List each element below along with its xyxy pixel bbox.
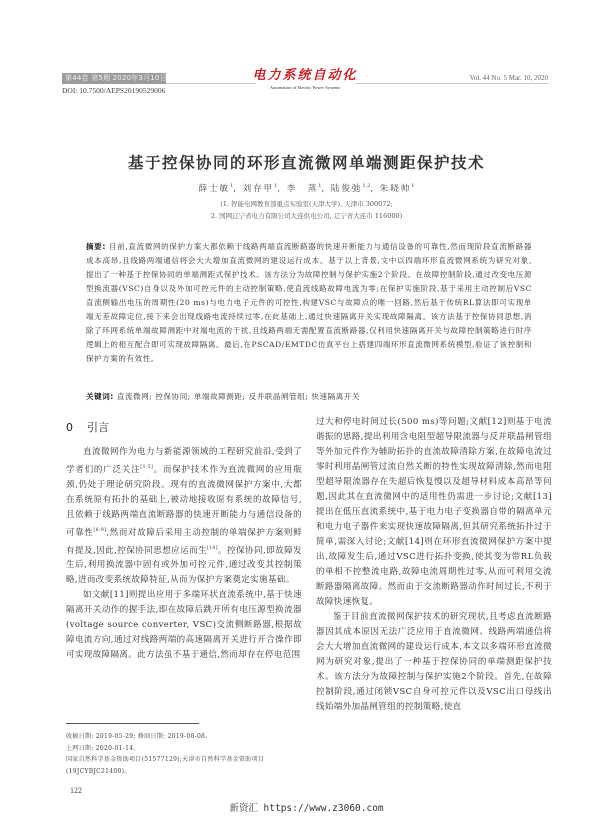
author: 李 蒸 bbox=[287, 184, 319, 194]
affiliation-1: (1. 智能电网教育部重点实验室(天津大学), 天津市 300072; bbox=[0, 199, 613, 208]
abstract-text: 目前,直流微网的保护方案大都依赖于线路两端直流断路器的快速开断能力与通信设备的可… bbox=[86, 242, 532, 363]
header-divider-right bbox=[356, 83, 548, 84]
section-number: 0 bbox=[66, 421, 73, 434]
abstract: 摘要: 目前,直流微网的保护方案大都依赖于线路两端直流断路器的快速开断能力与通信… bbox=[86, 240, 532, 366]
section-title: 引言 bbox=[87, 421, 109, 434]
keywords-text: 直流微网; 控保协同; 单端故障测距; 反并联晶闸管组; 快速隔离开关 bbox=[117, 392, 360, 401]
footnote-divider bbox=[66, 723, 199, 724]
doi[interactable]: DOI: 10.7500/AEPS20190529006 bbox=[62, 86, 165, 95]
keywords-label: 关键词: bbox=[86, 392, 114, 401]
footnote-online-date: 上网日期: 2020-01-14。 bbox=[66, 743, 302, 755]
abstract-label: 摘要: bbox=[86, 242, 106, 251]
paragraph: 直流微网作为电力与新能源领域的工程研究前沿,受到了学者们的广泛关注[1-5]。而… bbox=[66, 445, 302, 588]
issue-badge: 第44卷 第5期 2020年3月10日 bbox=[62, 73, 166, 84]
author: 刘存甲 bbox=[243, 184, 275, 194]
volume-info: Vol. 44 No. 5 Mar. 10, 2020 bbox=[380, 74, 548, 82]
left-column: 直流微网作为电力与新能源领域的工程研究前沿,受到了学者们的广泛关注[1-5]。而… bbox=[66, 445, 302, 663]
author-list: 薛士敏1, 刘存甲1, 李 蒸1, 陆俊弛1,2, 朱晓帅1 bbox=[0, 182, 613, 194]
paper-title: 基于控保协同的环形直流微网单端测距保护技术 bbox=[0, 151, 613, 173]
citation[interactable]: [10] bbox=[207, 546, 218, 551]
author: 陆俊弛 bbox=[331, 184, 363, 194]
page-number: 122 bbox=[70, 786, 82, 795]
journal-logo-en: Automation of Electric Power Systems bbox=[240, 85, 370, 90]
author: 薛士敏 bbox=[199, 184, 231, 194]
right-column: 过大和停电时间过长(500 ms)等问题;文献[12]则基于电流谐振的思路,提出… bbox=[316, 415, 552, 715]
citation[interactable]: [6-9] bbox=[94, 528, 107, 533]
watermark[interactable]: 新资汇 https://www.z3060.com bbox=[0, 800, 613, 814]
footnotes: 收稿日期: 2019-05-29; 修回日期: 2019-08-08。 上网日期… bbox=[66, 731, 302, 777]
footnote-funding: 国家自然科学基金资助项目(51577129);天津市自然科学基金资助项目(19J… bbox=[66, 754, 302, 777]
paragraph: 鉴于目前直流微网保护技术的研究现状,且考虑直流断路器因其成本原因无法广泛应用于直… bbox=[316, 610, 552, 715]
header-divider-left bbox=[166, 83, 256, 84]
author: 朱晓帅 bbox=[380, 184, 412, 194]
footnote-dates: 收稿日期: 2019-05-29; 修回日期: 2019-08-08。 bbox=[66, 731, 302, 743]
paragraph: 过大和停电时间过长(500 ms)等问题;文献[12]则基于电流谐振的思路,提出… bbox=[316, 415, 552, 610]
keywords: 关键词: 直流微网; 控保协同; 单端故障测距; 反并联晶闸管组; 快速隔离开关 bbox=[86, 391, 532, 402]
journal-logo-cn: 电力系统自动化 bbox=[250, 69, 360, 83]
affiliation-2: 2. 国网辽宁省电力有限公司大连供电公司, 辽宁省大连市 116000) bbox=[0, 211, 613, 220]
section-heading: 0引言 bbox=[66, 419, 123, 435]
citation[interactable]: [1-5] bbox=[140, 465, 153, 470]
paragraph: 如文献[11]则提出应用于多端环状直流系统中,基于快速隔离开关动作的握手法,即在… bbox=[66, 588, 302, 663]
